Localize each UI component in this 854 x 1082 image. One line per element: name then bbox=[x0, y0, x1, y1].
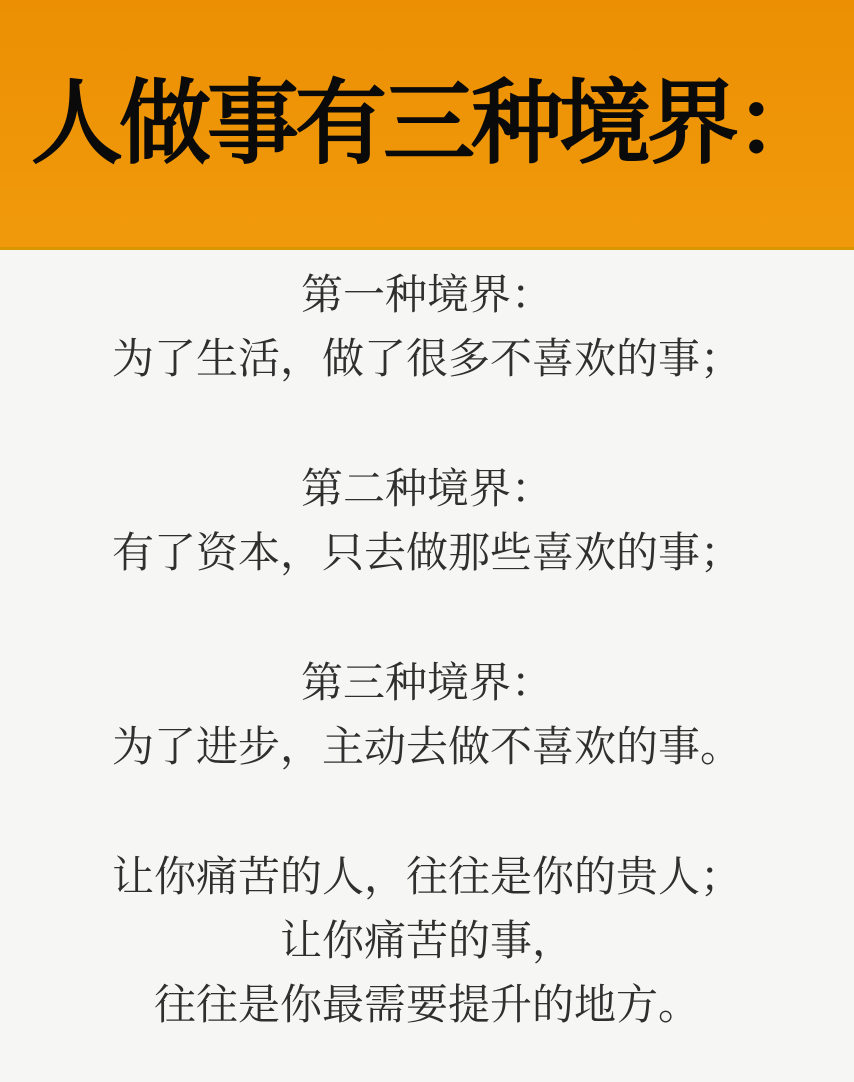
first-realm-heading: 第一种境界： bbox=[0, 263, 854, 327]
section-first-realm: 第一种境界： 为了生活，做了很多不喜欢的事； bbox=[0, 263, 854, 391]
couplet-line-2: 让你痛苦的事， bbox=[0, 909, 854, 973]
second-realm-text: 有了资本，只去做那些喜欢的事； bbox=[0, 521, 854, 585]
second-realm-heading: 第二种境界： bbox=[0, 457, 854, 521]
couplet-line-1: 让你痛苦的人，往往是你的贵人； bbox=[0, 845, 854, 909]
section-third-realm: 第三种境界： 为了进步，主动去做不喜欢的事。 bbox=[0, 651, 854, 779]
first-realm-text: 为了生活，做了很多不喜欢的事； bbox=[0, 327, 854, 391]
poster-body: 第一种境界： 为了生活，做了很多不喜欢的事； 第二种境界： 有了资本，只去做那些… bbox=[0, 250, 854, 1082]
section-second-realm: 第二种境界： 有了资本，只去做那些喜欢的事； bbox=[0, 457, 854, 585]
quote-poster: 人做事有三种境界： 第一种境界： 为了生活，做了很多不喜欢的事； 第二种境界： … bbox=[0, 0, 854, 1082]
title-banner: 人做事有三种境界： bbox=[0, 0, 854, 250]
couplet-line-3: 往往是你最需要提升的地方。 bbox=[0, 973, 854, 1037]
section-closing-couplet: 让你痛苦的人，往往是你的贵人； 让你痛苦的事， 往往是你最需要提升的地方。 bbox=[0, 845, 854, 1037]
third-realm-heading: 第三种境界： bbox=[0, 651, 854, 715]
poster-title: 人做事有三种境界： bbox=[31, 78, 823, 170]
third-realm-text: 为了进步，主动去做不喜欢的事。 bbox=[0, 715, 854, 779]
